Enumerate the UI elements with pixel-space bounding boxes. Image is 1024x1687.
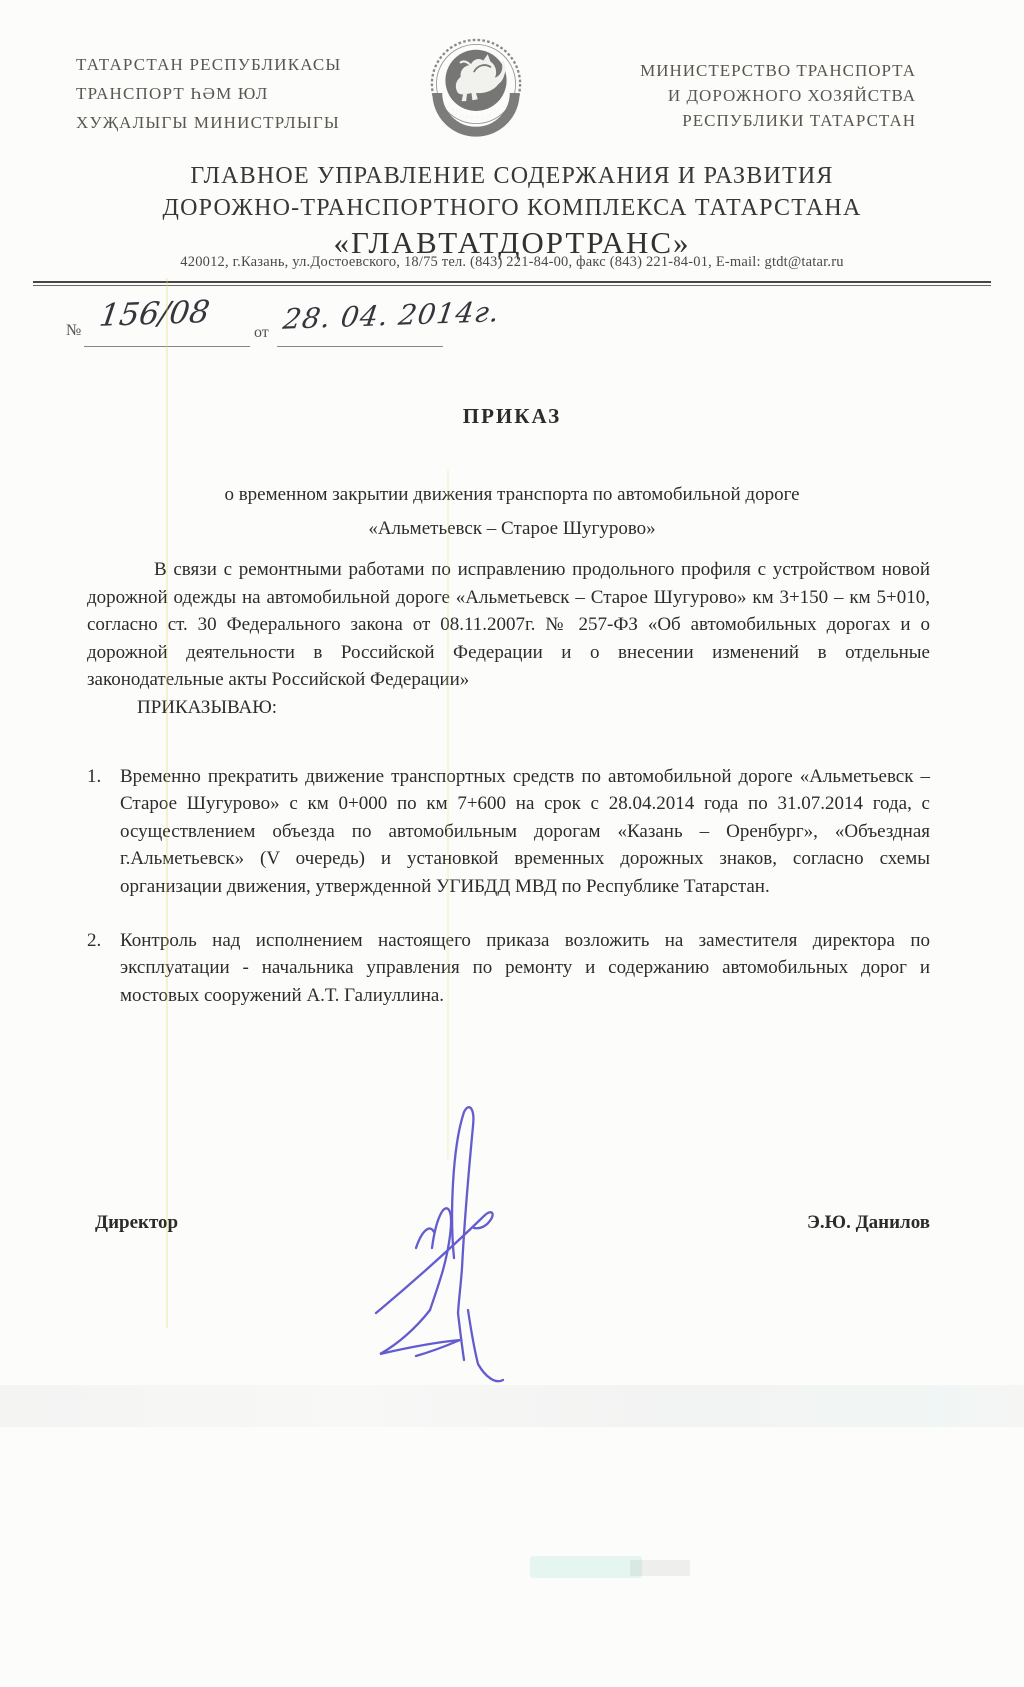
letterhead-russian-line1: МИНИСТЕРСТВО ТРАНСПОРТА	[560, 58, 916, 83]
organization-title-line2: ДОРОЖНО-ТРАНСПОРТНОГО КОМПЛЕКСА ТАТАРСТА…	[163, 195, 862, 221]
letterhead-russian-line3: РЕСПУБЛИКИ ТАТАРСТАН	[560, 108, 916, 133]
order-items-list: 1. Временно прекратить движение транспор…	[87, 763, 930, 1010]
letterhead-tatar-line1: ТАТАРСТАН РЕСПУБЛИКАСЫ	[76, 50, 406, 79]
order-item-1: 1. Временно прекратить движение транспор…	[87, 763, 930, 901]
letterhead-tatar-line3: ХУҖАЛЫГЫ МИНИСТРЛЫГЫ	[76, 108, 406, 137]
scan-artifact-vertical-streak	[447, 470, 449, 1160]
order-subject-line1: о временном закрытии движения транспорта…	[224, 484, 799, 505]
letterhead-russian: МИНИСТЕРСТВО ТРАНСПОРТА И ДОРОЖНОГО ХОЗЯ…	[560, 58, 916, 133]
address-contacts-line: 420012, г.Казань, ул.Достоевского, 18/75…	[30, 254, 994, 271]
decree-word: ПРИКАЗЫВАЮ:	[87, 694, 930, 722]
tatarstan-coat-of-arms-icon: ТАТАРСТАН	[422, 26, 530, 142]
order-item-2: 2. Контроль над исполнением настоящего п…	[87, 927, 930, 1010]
organization-title: ГЛАВНОЕ УПРАВЛЕНИЕ СОДЕРЖАНИЯ И РАЗВИТИЯ…	[62, 160, 962, 259]
scan-artifact-vertical-streak	[166, 278, 168, 1328]
order-item-2-number: 2.	[87, 927, 120, 1010]
order-body: В связи с ремонтными работами по исправл…	[87, 556, 930, 1009]
letterhead-tatar-line2: ТРАНСПОРТ ҺӘМ ЮЛ	[76, 79, 406, 108]
preamble-paragraph: В связи с ремонтными работами по исправл…	[87, 556, 930, 694]
order-item-2-text: Контроль над исполнением настоящего прик…	[120, 927, 930, 1010]
order-subject: о временном закрытии движения транспорта…	[94, 478, 930, 546]
letterhead-divider-rule-thin	[33, 285, 991, 286]
order-subject-line2: «Альметьевск – Старое Шугурово»	[368, 518, 655, 539]
scan-artifact-smudge	[530, 1556, 642, 1578]
letterhead-divider-rule	[33, 281, 991, 283]
order-number-handwritten: 156/08	[97, 294, 212, 334]
order-date-handwritten: 28. 04. 2014г.	[281, 295, 502, 335]
handwritten-signature	[346, 1098, 542, 1390]
letterhead-russian-line2: И ДОРОЖНОГО ХОЗЯЙСТВА	[560, 83, 916, 108]
scan-artifact-smudge	[630, 1560, 690, 1576]
date-underline	[277, 346, 443, 347]
document-title: ПРИКАЗ	[62, 404, 962, 429]
signature-name: Э.Ю. Данилов	[610, 1212, 930, 1234]
scanned-order-document: ТАТАРСТАН РЕСПУБЛИКАСЫ ТРАНСПОРТ ҺӘМ ЮЛ …	[0, 0, 1024, 1687]
organization-title-line1: ГЛАВНОЕ УПРАВЛЕНИЕ СОДЕРЖАНИЯ И РАЗВИТИЯ	[190, 163, 833, 189]
order-item-1-number: 1.	[87, 763, 120, 901]
date-label: от	[254, 324, 269, 342]
letterhead-tatar: ТАТАРСТАН РЕСПУБЛИКАСЫ ТРАНСПОРТ ҺӘМ ЮЛ …	[76, 50, 406, 137]
order-item-1-text: Временно прекратить движение транспортны…	[120, 763, 930, 901]
number-label: №	[66, 322, 81, 340]
scan-artifact-noise-band	[0, 1385, 1024, 1427]
